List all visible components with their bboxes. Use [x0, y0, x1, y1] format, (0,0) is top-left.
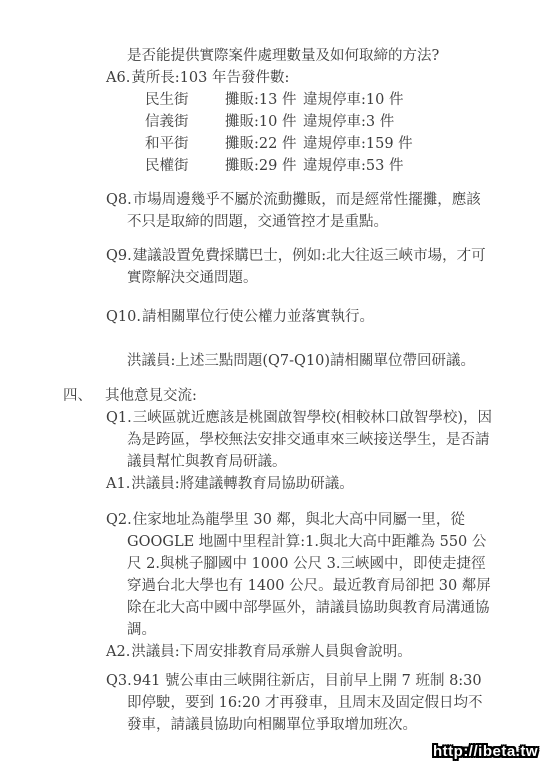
qa-item-q8: Q8.市場周邊幾乎不屬於流動攤販，而是經常性擺攤，應該不只是取締的問題，交通管控… — [127, 189, 495, 233]
question-text: 三峽區就近應該是桃園啟智學校(相較林口啟智學校)，因為是跨區，學校無法安排交通車… — [127, 410, 492, 470]
question-text: 941 號公車由三峽開往新店，目前早上開 7 班制 8:30 即停駛，要到 16… — [127, 673, 483, 733]
hawker-count: 攤販:10 件 — [225, 111, 303, 133]
qa-item-q10: Q10.請相關單位行使公權力並落實執行。 — [127, 306, 495, 328]
qa-item-q3: Q3.941 號公車由三峽開往新店，目前早上開 7 班制 8:30 即停駛，要到… — [127, 670, 495, 736]
question-label: Q2. — [106, 512, 132, 528]
parking-count: 違規停車:3 件 — [303, 111, 394, 133]
section-heading: 四、其他意見交流: — [63, 385, 543, 407]
street-name: 信義街 — [145, 111, 225, 133]
qa-item-q2: Q2.住家地址為龍學里 30 鄰，與北大高中同屬一里，從 GOOGLE 地圖中里… — [127, 509, 495, 641]
question-text: 市場周邊幾乎不屬於流動攤販，而是經常性擺攤，應該不只是取締的問題，交通管控才是重… — [127, 192, 481, 230]
hawker-count: 攤販:13 件 — [225, 89, 303, 111]
qa-item-a6: A6.黃所長:103 年告發件數: — [127, 67, 495, 89]
watermark: http://ibeta.tw — [433, 741, 538, 763]
question-label: Q9. — [106, 248, 132, 264]
street-stats-row: 民權街攤販:29 件違規停車:53 件 — [145, 155, 543, 177]
hawker-count: 攤販:29 件 — [225, 155, 303, 177]
answer-text: 黃所長:103 年告發件數: — [131, 70, 289, 86]
street-name: 和平街 — [145, 133, 225, 155]
question-label: Q8. — [106, 192, 132, 208]
qa-item-q1: Q1.三峽區就近應該是桃園啟智學校(相較林口啟智學校)，因為是跨區，學校無法安排… — [127, 407, 495, 473]
answer-text: 洪議員:將建議轉教育局協助研議。 — [131, 476, 353, 492]
street-stats-table: 民生街攤販:13 件違規停車:10 件 信義街攤販:10 件違規停車:3 件 和… — [145, 89, 543, 177]
section-title: 其他意見交流: — [105, 388, 197, 404]
question-label: Q10. — [106, 309, 141, 325]
street-stats-row: 信義街攤販:10 件違規停車:3 件 — [145, 111, 543, 133]
question-label: Q3. — [106, 673, 132, 689]
question-text: 建議設置免費採購巴士，例如:北大往返三峽市場，才可實際解決交通問題。 — [127, 248, 486, 286]
answer-text: 洪議員:下周安排教育局承辦人員與會說明。 — [131, 644, 411, 660]
document-page: 是否能提供實際案件處理數量及如何取締的方法? A6.黃所長:103 年告發件數:… — [0, 0, 543, 768]
street-name: 民權街 — [145, 155, 225, 177]
intro-continuation-line: 是否能提供實際案件處理數量及如何取締的方法? — [127, 45, 495, 67]
parking-count: 違規停車:159 件 — [303, 133, 413, 155]
street-stats-row: 和平街攤販:22 件違規停車:159 件 — [145, 133, 543, 155]
question-text: 住家地址為龍學里 30 鄰，與北大高中同屬一里，從 GOOGLE 地圖中里程計算… — [127, 512, 491, 638]
parking-count: 違規停車:10 件 — [303, 89, 403, 111]
street-name: 民生街 — [145, 89, 225, 111]
question-text: 請相關單位行使公權力並落實執行。 — [142, 309, 374, 325]
answer-label: A6. — [106, 70, 130, 86]
councilor-remark: 洪議員:上述三點問題(Q7-Q10)請相關單位帶回研議。 — [127, 350, 495, 372]
answer-label: A2. — [106, 644, 130, 660]
parking-count: 違規停車:53 件 — [303, 155, 403, 177]
street-stats-row: 民生街攤販:13 件違規停車:10 件 — [145, 89, 543, 111]
qa-item-a1: A1.洪議員:將建議轉教育局協助研議。 — [127, 473, 495, 495]
qa-item-a2: A2.洪議員:下周安排教育局承辦人員與會說明。 — [127, 641, 495, 663]
hawker-count: 攤販:22 件 — [225, 133, 303, 155]
section-number: 四、 — [63, 385, 105, 407]
question-label: Q1. — [106, 410, 132, 426]
answer-label: A1. — [106, 476, 130, 492]
qa-item-q9: Q9.建議設置免費採購巴士，例如:北大往返三峽市場，才可實際解決交通問題。 — [127, 245, 495, 289]
